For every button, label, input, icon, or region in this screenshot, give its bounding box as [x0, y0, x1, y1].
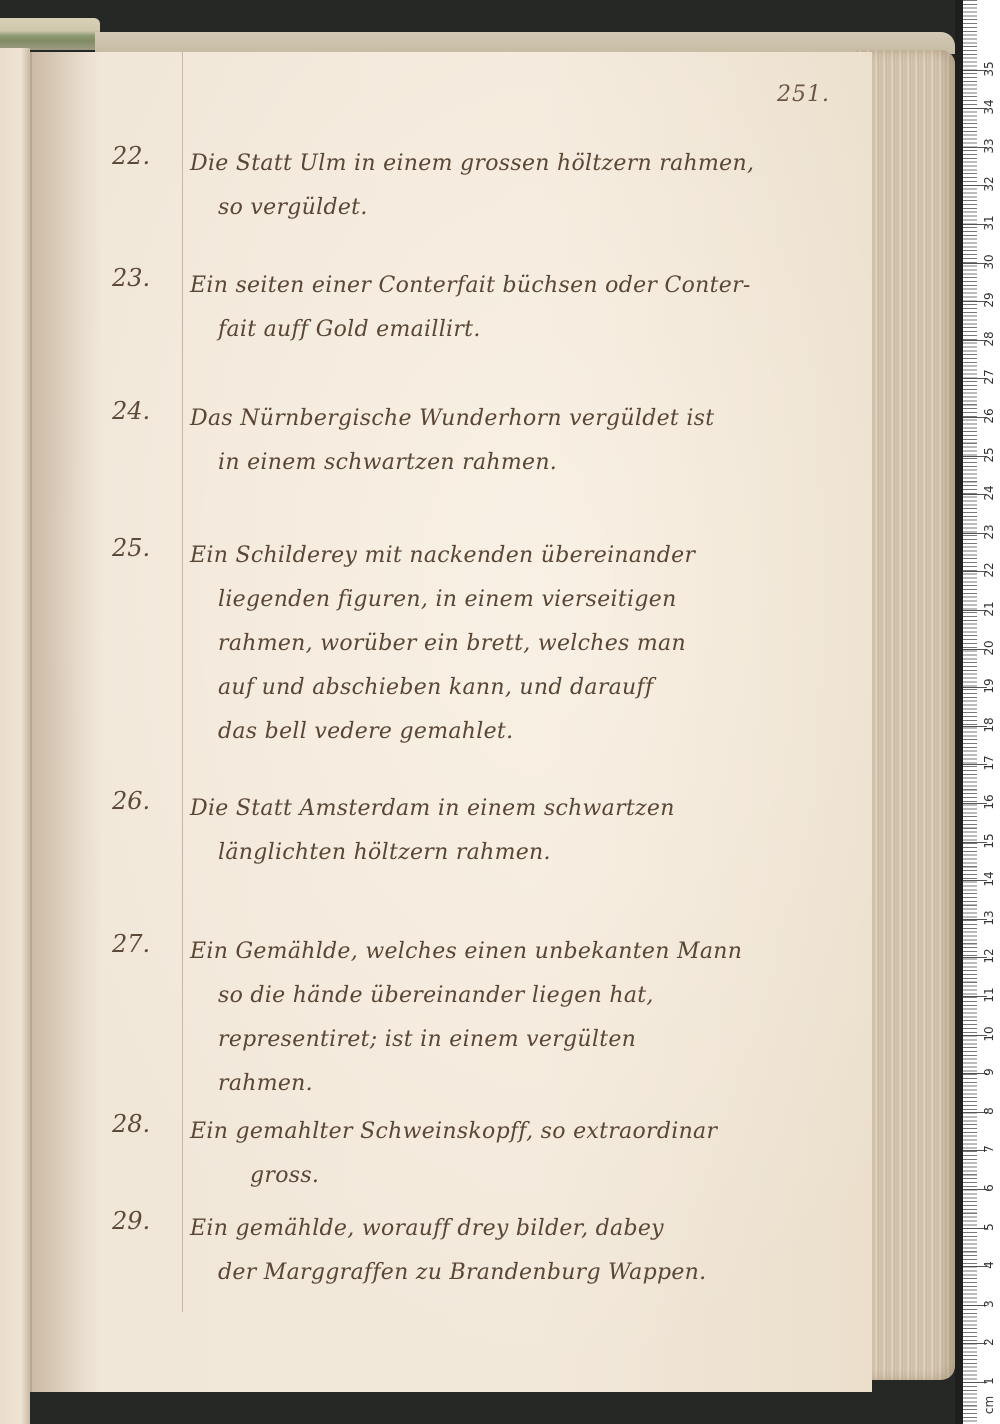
- entry-number: 25.: [112, 534, 150, 562]
- entry-text: Ein gemählde, worauff drey bilder, dabey…: [190, 1207, 850, 1295]
- entry-number: 29.: [112, 1207, 150, 1235]
- entry-line: Ein Schilderey mit nackenden übereinande…: [190, 534, 850, 578]
- ruler-label: 4: [982, 1255, 996, 1275]
- ruler-label: 24: [982, 483, 996, 503]
- entry-number: 27.: [112, 930, 150, 958]
- ruler-label: 23: [982, 522, 996, 542]
- ruler-edge: [955, 0, 963, 1424]
- book-spine-binding: [0, 18, 100, 50]
- ruler-label: 13: [982, 908, 996, 928]
- entry-line: gross.: [190, 1154, 850, 1198]
- entry-line: rahmen.: [190, 1062, 850, 1106]
- ruler-label: 8: [982, 1101, 996, 1121]
- entry-line: der Marggraffen zu Brandenburg Wappen.: [190, 1251, 850, 1295]
- entry-line: Die Statt Ulm in einem grossen höltzern …: [190, 142, 850, 186]
- entry-number: 22.: [112, 142, 150, 170]
- book-cover-top-edge: [95, 32, 955, 54]
- ruler-label: 7: [982, 1139, 996, 1159]
- entry-number: 28.: [112, 1110, 150, 1138]
- ruler-label: 17: [982, 753, 996, 773]
- entry-text: Die Statt Amsterdam in einem schwartzen …: [190, 787, 850, 875]
- entry-line: liegenden figuren, in einem vierseitigen: [190, 578, 850, 622]
- left-page-edge: [0, 48, 30, 1424]
- entry-line: auf und abschieben kann, und darauff: [190, 666, 850, 710]
- manuscript-page: 251. 22. Die Statt Ulm in einem grossen …: [30, 52, 872, 1392]
- ruler-label: 19: [982, 676, 996, 696]
- entry-text: Ein Gemählde, welches einen unbekanten M…: [190, 930, 850, 1106]
- ruler-label: 11: [982, 985, 996, 1005]
- entry-line: so vergüldet.: [190, 186, 850, 230]
- entry-number: 24.: [112, 397, 150, 425]
- page-gutter-shadow: [32, 52, 102, 1392]
- ruler-label: 10: [982, 1024, 996, 1044]
- entry-line: Die Statt Amsterdam in einem schwartzen: [190, 787, 850, 831]
- measurement-ruler: 1234567891011121314151617181920212223242…: [955, 0, 1000, 1424]
- ruler-label: 27: [982, 367, 996, 387]
- ruler-label: 31: [982, 213, 996, 233]
- ruler-label: 2: [982, 1332, 996, 1352]
- ruler-label: 5: [982, 1217, 996, 1237]
- ruler-label: 20: [982, 638, 996, 658]
- entry-line: Das Nürnbergische Wunderhorn vergüldet i…: [190, 397, 850, 441]
- ruler-label: 18: [982, 715, 996, 735]
- entry-text: Ein Schilderey mit nackenden übereinande…: [190, 534, 850, 754]
- ruler-label: 16: [982, 792, 996, 812]
- ruler-label: 3: [982, 1294, 996, 1314]
- entry-line: Ein Gemählde, welches einen unbekanten M…: [190, 930, 850, 974]
- entry-text: Die Statt Ulm in einem grossen höltzern …: [190, 142, 850, 230]
- entry-line: das bell vedere gemahlet.: [190, 710, 850, 754]
- ruler-label: 29: [982, 290, 996, 310]
- ruler-label: 1: [982, 1371, 996, 1391]
- entry-number: 23.: [112, 264, 150, 292]
- ruler-unit-label: cm: [982, 1395, 996, 1415]
- entry-line: rahmen, worüber ein brett, welches man: [190, 622, 850, 666]
- ruler-label: 21: [982, 599, 996, 619]
- ruler-label: 33: [982, 136, 996, 156]
- entry-line: fait auff Gold emaillirt.: [190, 308, 850, 352]
- entry-line: Ein gemählde, worauff drey bilder, dabey: [190, 1207, 850, 1251]
- ruler-label: 12: [982, 946, 996, 966]
- ruler-label: 15: [982, 831, 996, 851]
- page-number: 251.: [777, 82, 830, 107]
- ruler-label: 9: [982, 1062, 996, 1082]
- margin-rule-line: [182, 52, 183, 1312]
- ruler-label: 30: [982, 252, 996, 272]
- entry-text: Ein seiten einer Conterfait büchsen oder…: [190, 264, 850, 352]
- entry-line: so die hände übereinander liegen hat,: [190, 974, 850, 1018]
- ruler-label: 6: [982, 1178, 996, 1198]
- entry-line: in einem schwartzen rahmen.: [190, 441, 850, 485]
- ruler-label: 34: [982, 97, 996, 117]
- entry-line: länglichten höltzern rahmen.: [190, 831, 850, 875]
- entry-number: 26.: [112, 787, 150, 815]
- entry-line: Ein seiten einer Conterfait büchsen oder…: [190, 264, 850, 308]
- ruler-label: 35: [982, 59, 996, 79]
- ruler-label: 14: [982, 869, 996, 889]
- ruler-label: 28: [982, 329, 996, 349]
- entry-line: Ein gemahlter Schweinskopff, so extraord…: [190, 1110, 850, 1154]
- ruler-label: 26: [982, 406, 996, 426]
- ruler-label: 25: [982, 445, 996, 465]
- entry-text: Das Nürnbergische Wunderhorn vergüldet i…: [190, 397, 850, 485]
- ruler-label: 22: [982, 560, 996, 580]
- ruler-label: 32: [982, 174, 996, 194]
- entry-line: representiret; ist in einem vergülten: [190, 1018, 850, 1062]
- entry-text: Ein gemahlter Schweinskopff, so extraord…: [190, 1110, 850, 1198]
